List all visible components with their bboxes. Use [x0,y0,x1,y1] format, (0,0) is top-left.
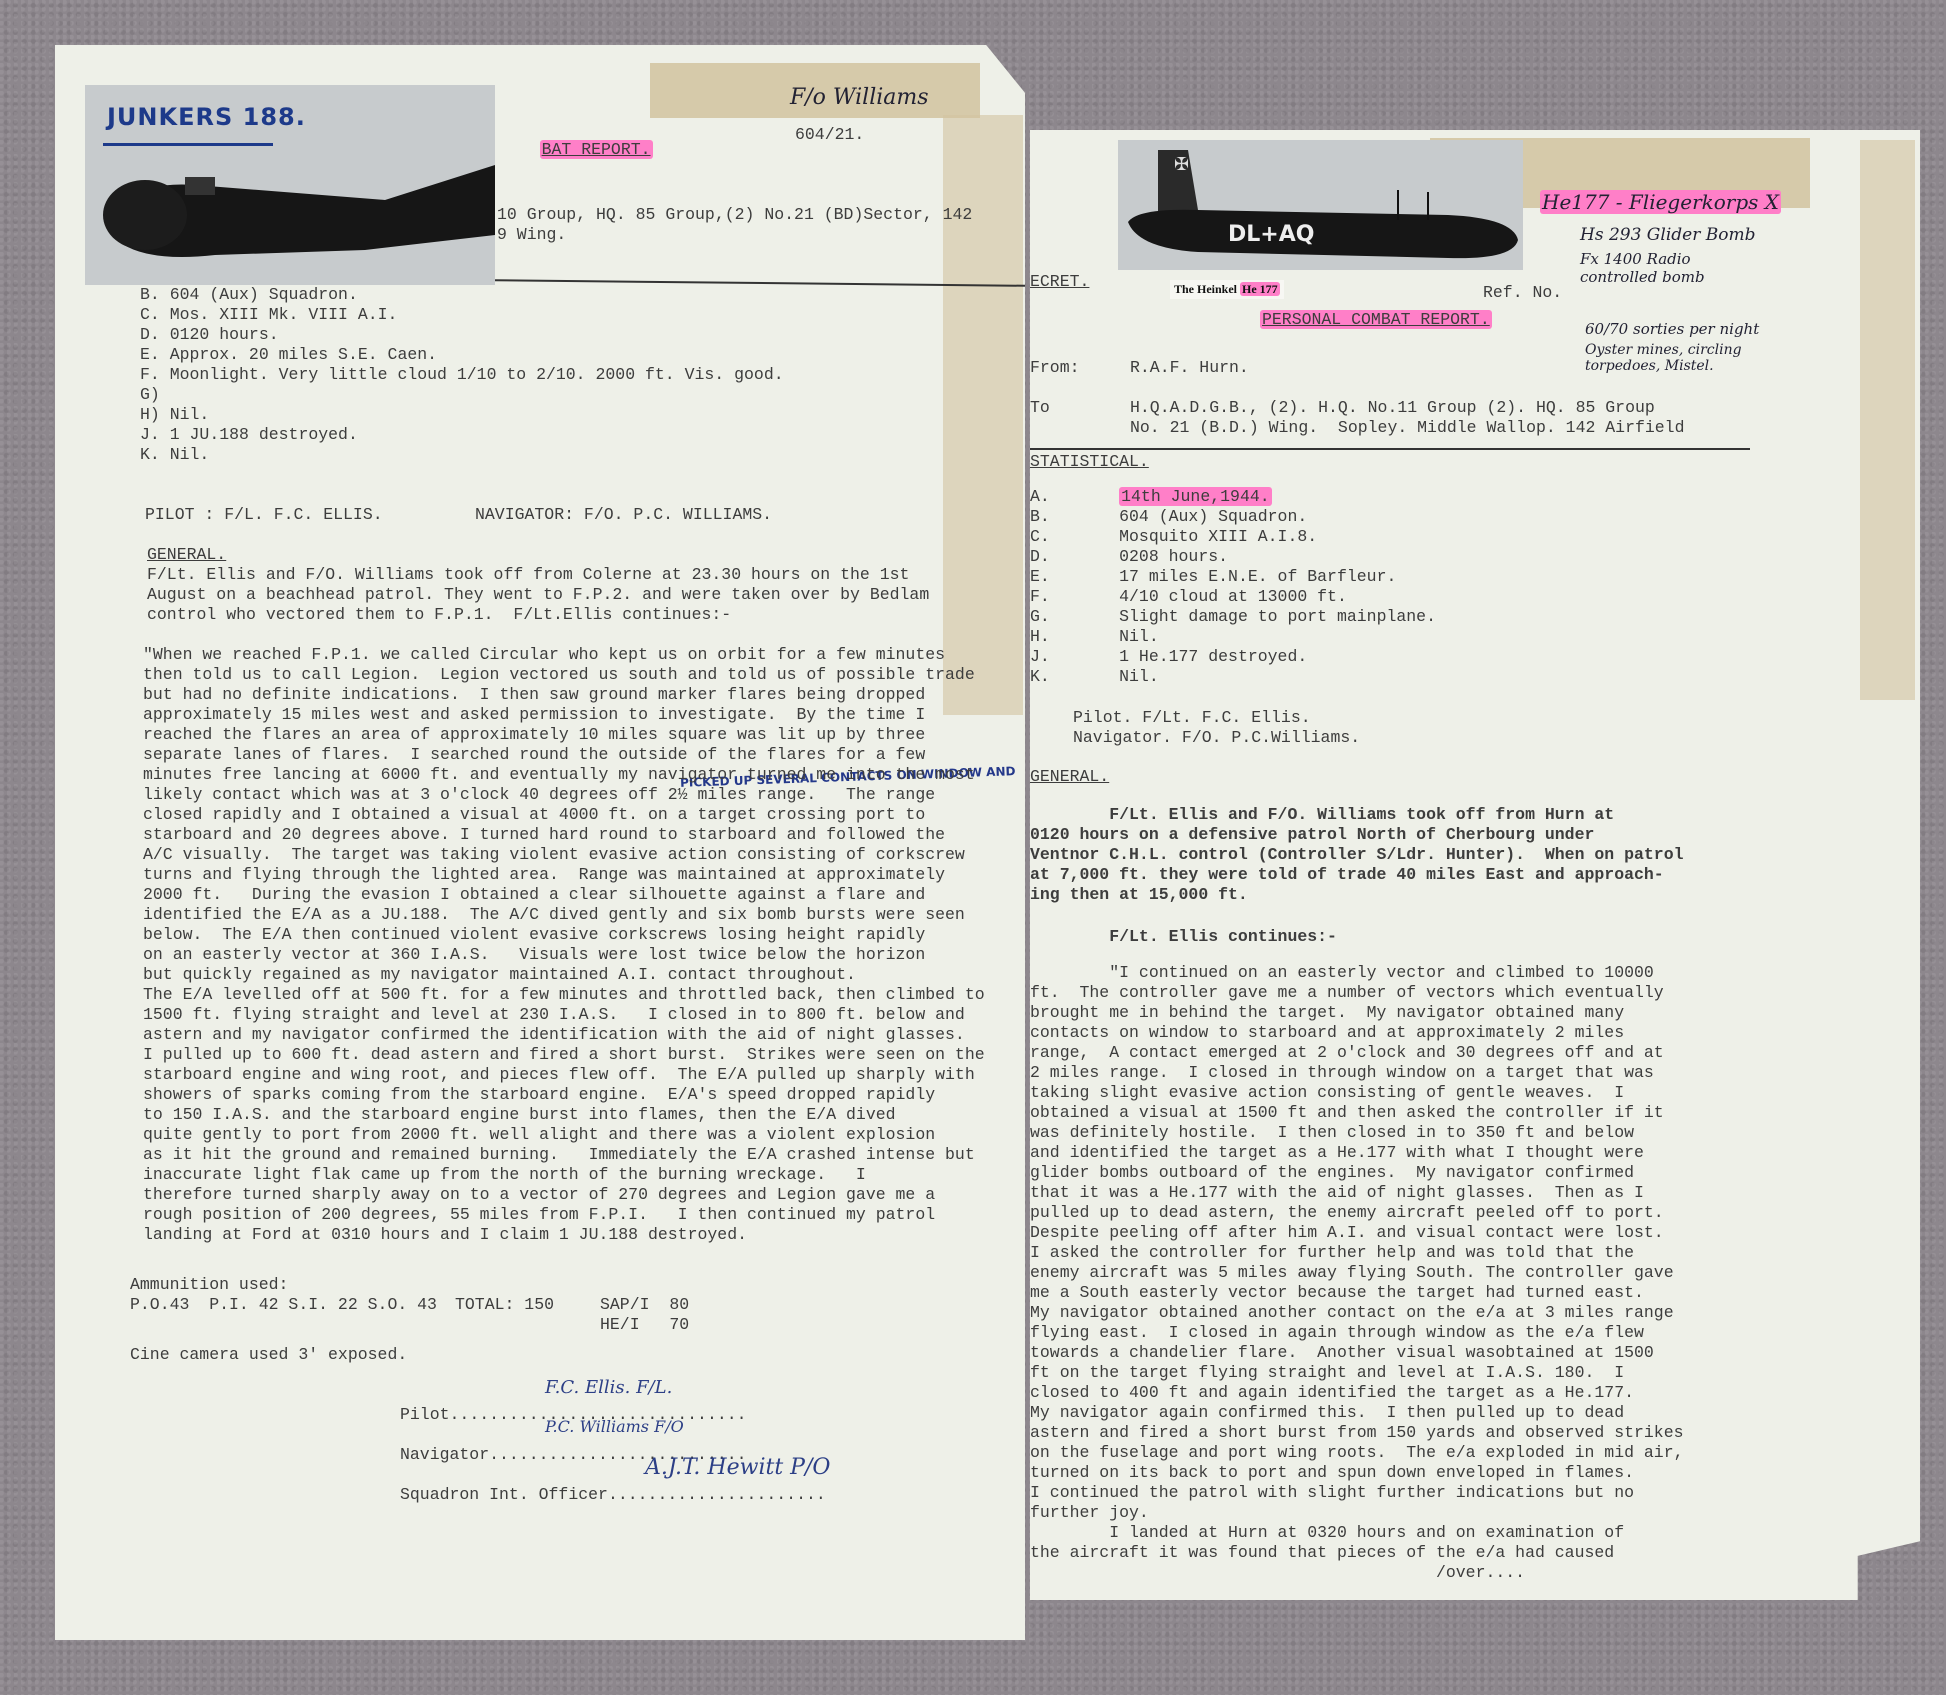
text-line: F/Lt. Ellis and F/O. Williams took off f… [147,565,909,585]
text-line: approximately 15 miles west and asked pe… [143,705,925,725]
text-line: landing at Ford at 0310 hours and I clai… [143,1225,747,1245]
ammunition-breakdown: P.O.43 P.I. 42 S.I. 22 S.O. 43 [130,1295,437,1315]
text-line: 2000 ft. During the evasion I obtained a… [143,885,925,905]
ammunition-label: Ammunition used: [130,1275,288,1295]
text-line: then told us to call Legion. Legion vect… [143,665,975,685]
stat-item: K. Nil. [140,445,209,465]
text-line: /over.... [1030,1563,1525,1583]
text-line: on the fuselage and port wing roots. The… [1030,1443,1684,1463]
navigator-line: Navigator. F/O. P.C.Williams. [1073,728,1360,748]
ammo-type: SAP/I 80 [600,1295,689,1315]
text-line: ft. The controller gave me a number of v… [1030,983,1664,1003]
text-line: the aircraft it was found that pieces of… [1030,1543,1614,1563]
stat-item: G. Slight damage to port mainplane. [1030,607,1436,627]
text-line: towards a chandelier flare. Another visu… [1030,1343,1654,1363]
stat-item: J. 1 He.177 destroyed. [1030,647,1307,667]
handwritten-name: F/o Williams [790,85,929,110]
text-line: ft on the target flying straight and lev… [1030,1363,1624,1383]
ammo-type: HE/I 70 [600,1315,689,1335]
text-line: 1500 ft. flying straight and level at 23… [143,1005,965,1025]
text-line: brought me in behind the target. My navi… [1030,1003,1624,1023]
right-combat-report: ✠ DL+AQ ECRET. The Heinkel He 177 Ref. N… [1030,130,1920,1600]
stat-item: E. 17 miles E.N.E. of Barfleur. [1030,567,1396,587]
ammunition-total: TOTAL: 150 [455,1295,554,1315]
text-line: glider bombs outboard of the engines. My… [1030,1163,1634,1183]
text-line: identified the E/A as a JU.188. The A/C … [143,905,965,925]
from-label: From: [1030,358,1080,378]
text-line: control who vectored them to F.P.1. F/Lt… [147,605,731,625]
text-line: 0120 hours on a defensive patrol North o… [1030,825,1594,845]
text-line: A/C visually. The target was taking viol… [143,845,965,865]
text-line: and identified the target as a He.177 wi… [1030,1143,1644,1163]
text-line: astern and my navigator confirmed the id… [143,1025,965,1045]
text-line: below. The E/A then continued violent ev… [143,925,925,945]
text-line: ing then at 15,000 ft. [1030,885,1248,905]
svg-text:✠: ✠ [1174,154,1189,175]
text-line: but had no definite indications. I then … [143,685,925,705]
navigator-line: NAVIGATOR: F/O. P.C. WILLIAMS. [475,505,772,525]
stat-item: B. 604 (Aux) Squadron. [140,285,358,305]
stat-item: F. Moonlight. Very little cloud 1/10 to … [140,365,784,385]
aircraft-silhouette-icon: ✠ DL+AQ [1118,140,1523,270]
aircraft-marking: DL+AQ [1228,222,1314,247]
text-line: pulled up to dead astern, the enemy airc… [1030,1203,1664,1223]
text-line: closed to 400 ft and again identified th… [1030,1383,1634,1403]
text-line: I asked the controller for further help … [1030,1243,1634,1263]
text-line: starboard and 20 degrees above. I turned… [143,825,945,845]
text-line: August on a beachhead patrol. They went … [147,585,929,605]
stat-item: A. 14th June,1944. [1030,487,1272,507]
text-line: turned on its back to port and spun down… [1030,1463,1634,1483]
stat-item: K. Nil. [1030,667,1159,687]
general-heading: GENERAL. [147,545,226,565]
text-line: therefore turned sharply away on to a ve… [143,1185,935,1205]
text-line: I continued the patrol with slight furth… [1030,1483,1634,1503]
handwritten-note: He177 - Fliegerkorps X [1540,190,1781,214]
text-line: The E/A levelled off at 500 ft. for a fe… [143,985,985,1005]
stat-item: G) [140,385,170,405]
report-title-fragment: BAT REPORT. [500,120,653,179]
text-line: separate lanes of flares. I searched rou… [143,745,925,765]
text-line: starboard engine and wing root, and piec… [143,1065,975,1085]
tape-strip [1860,140,1915,700]
distribution-line-1: 10 Group, HQ. 85 Group,(2) No.21 (BD)Sec… [497,205,972,225]
text-line: me a South easterly vector because the t… [1030,1283,1644,1303]
text-line: contacts on window to starboard and at a… [1030,1023,1624,1043]
text-line: F/Lt. Ellis and F/O. Williams took off f… [1030,805,1614,825]
pilot-signature: F.C. Ellis. F/L. [545,1377,672,1398]
text-line: I pulled up to 600 ft. dead astern and f… [143,1045,985,1065]
report-title: PERSONAL COMBAT REPORT. [1260,310,1492,330]
heinkel-photo: ✠ DL+AQ [1118,140,1523,270]
stat-item: C. Mos. XIII Mk. VIII A.I. [140,305,397,325]
text-line: flying east. I closed in again through w… [1030,1323,1644,1343]
text-line: taking slight evasive action consisting … [1030,1083,1624,1103]
text-line: My navigator obtained another contact on… [1030,1303,1674,1323]
stat-item: F. 4/10 cloud at 13000 ft. [1030,587,1347,607]
stat-item: J. 1 JU.188 destroyed. [140,425,358,445]
text-line: showers of sparks coming from the starbo… [143,1085,935,1105]
to-line-1: H.Q.A.D.G.B., (2). H.Q. No.11 Group (2).… [1130,398,1655,418]
stat-item: D. 0208 hours. [1030,547,1228,567]
text-line: obtained a visual at 1500 ft and then as… [1030,1103,1664,1123]
text-line: at 7,000 ft. they were told of trade 40 … [1030,865,1664,885]
from-value: R.A.F. Hurn. [1130,358,1249,378]
left-combat-report: JUNKERS 188. BAT REPORT. F/o Williams 60… [55,45,1025,1640]
stat-item: E. Approx. 20 miles S.E. Caen. [140,345,437,365]
text-line: 2 miles range. I closed in through windo… [1030,1063,1654,1083]
handwritten-note: Hs 293 Glider Bomb [1580,225,1755,245]
text-line: that it was a He.177 with the aid of nig… [1030,1183,1644,1203]
text-line: rough position of 200 degrees, 55 miles … [143,1205,935,1225]
divider [1030,448,1750,450]
signature-label: Squadron Int. Officer...................… [400,1485,826,1505]
text-line: I landed at Hurn at 0320 hours and on ex… [1030,1523,1624,1543]
officer-signature: A.J.T. Hewitt P/O [645,1455,830,1480]
text-line: Ventnor C.H.L. control (Controller S/Ldr… [1030,845,1684,865]
text-line: inaccurate light flak came up from the n… [143,1165,866,1185]
distribution-line-2: 9 Wing. [497,225,566,245]
stat-item: H) Nil. [140,405,209,425]
to-line-2: No. 21 (B.D.) Wing. Sopley. Middle Wallo… [1130,418,1685,438]
stat-item: B. 604 (Aux) Squadron. [1030,507,1307,527]
general-heading: GENERAL. [1030,767,1109,787]
text-line: quite gently to port from 2000 ft. well … [143,1125,935,1145]
text-line: further joy. [1030,1503,1149,1523]
ref-label: Ref. No. [1483,283,1562,303]
stat-item: D. 0120 hours. [140,325,279,345]
ref-number: 604/21. [795,125,864,145]
photo-caption: The Heinkel He 177 [1170,280,1284,299]
stat-item: C. Mosquito XIII A.I.8. [1030,527,1317,547]
text-line: "When we reached F.P.1. we called Circul… [143,645,945,665]
aircraft-silhouette-icon [85,85,495,285]
text-line: was definitely hostile. I then closed in… [1030,1123,1634,1143]
text-line: minutes free lancing at 6000 ft. and eve… [143,765,975,785]
text-line: turns and flying through the lighted are… [143,865,945,885]
text-line: on an easterly vector at 360 I.A.S. Visu… [143,945,925,965]
statistical-heading: STATISTICAL. [1030,452,1149,472]
secret-label: ECRET. [1030,272,1089,292]
text-line: closed rapidly and I obtained a visual a… [143,805,925,825]
pilot-line: PILOT : F/L. F.C. ELLIS. [145,505,383,525]
text-line: but quickly regained as my navigator mai… [143,965,856,985]
handwritten-note: Oyster mines, circling torpedoes, Mistel… [1585,342,1785,374]
pilot-line: Pilot. F/Lt. F.C. Ellis. [1073,708,1311,728]
handwritten-note: 60/70 sorties per night [1585,320,1759,338]
junkers-photo: JUNKERS 188. [85,85,495,285]
text-line: reached the flares an area of approximat… [143,725,925,745]
text-line: enemy aircraft was 5 miles away flying S… [1030,1263,1674,1283]
text-line: "I continued on an easterly vector and c… [1030,963,1654,983]
cine-camera-note: Cine camera used 3' exposed. [130,1345,407,1365]
stat-item: H. Nil. [1030,627,1159,647]
text-line: as it hit the ground and remained burnin… [143,1145,975,1165]
text-line: range, A contact emerged at 2 o'clock an… [1030,1043,1664,1063]
to-label: To [1030,398,1050,418]
text-line: My navigator again confirmed this. I the… [1030,1403,1624,1423]
text-line: astern and fired a short burst from 150 … [1030,1423,1684,1443]
handwritten-note: Fx 1400 Radio controlled bomb [1580,250,1770,286]
text-line: Despite peeling off after him A.I. and v… [1030,1223,1664,1243]
navigator-signature: P.C. Williams F/O [545,1417,684,1436]
continues-line: F/Lt. Ellis continues:- [1030,927,1337,947]
text-line: to 150 I.A.S. and the starboard engine b… [143,1105,896,1125]
text-line: likely contact which was at 3 o'clock 40… [143,785,935,805]
